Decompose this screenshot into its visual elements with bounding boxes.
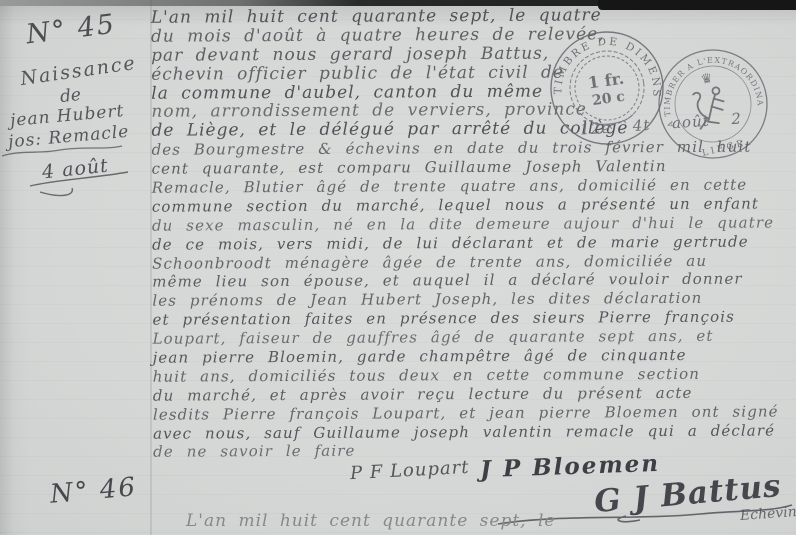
scanned-register-page: N° 45 Naissance de jean Hubert jos: Rema… [0, 0, 796, 535]
next-record-first-line: L'an mil huit cent quarante sept, le [186, 511, 555, 531]
signature-flourish [0, 0, 796, 535]
